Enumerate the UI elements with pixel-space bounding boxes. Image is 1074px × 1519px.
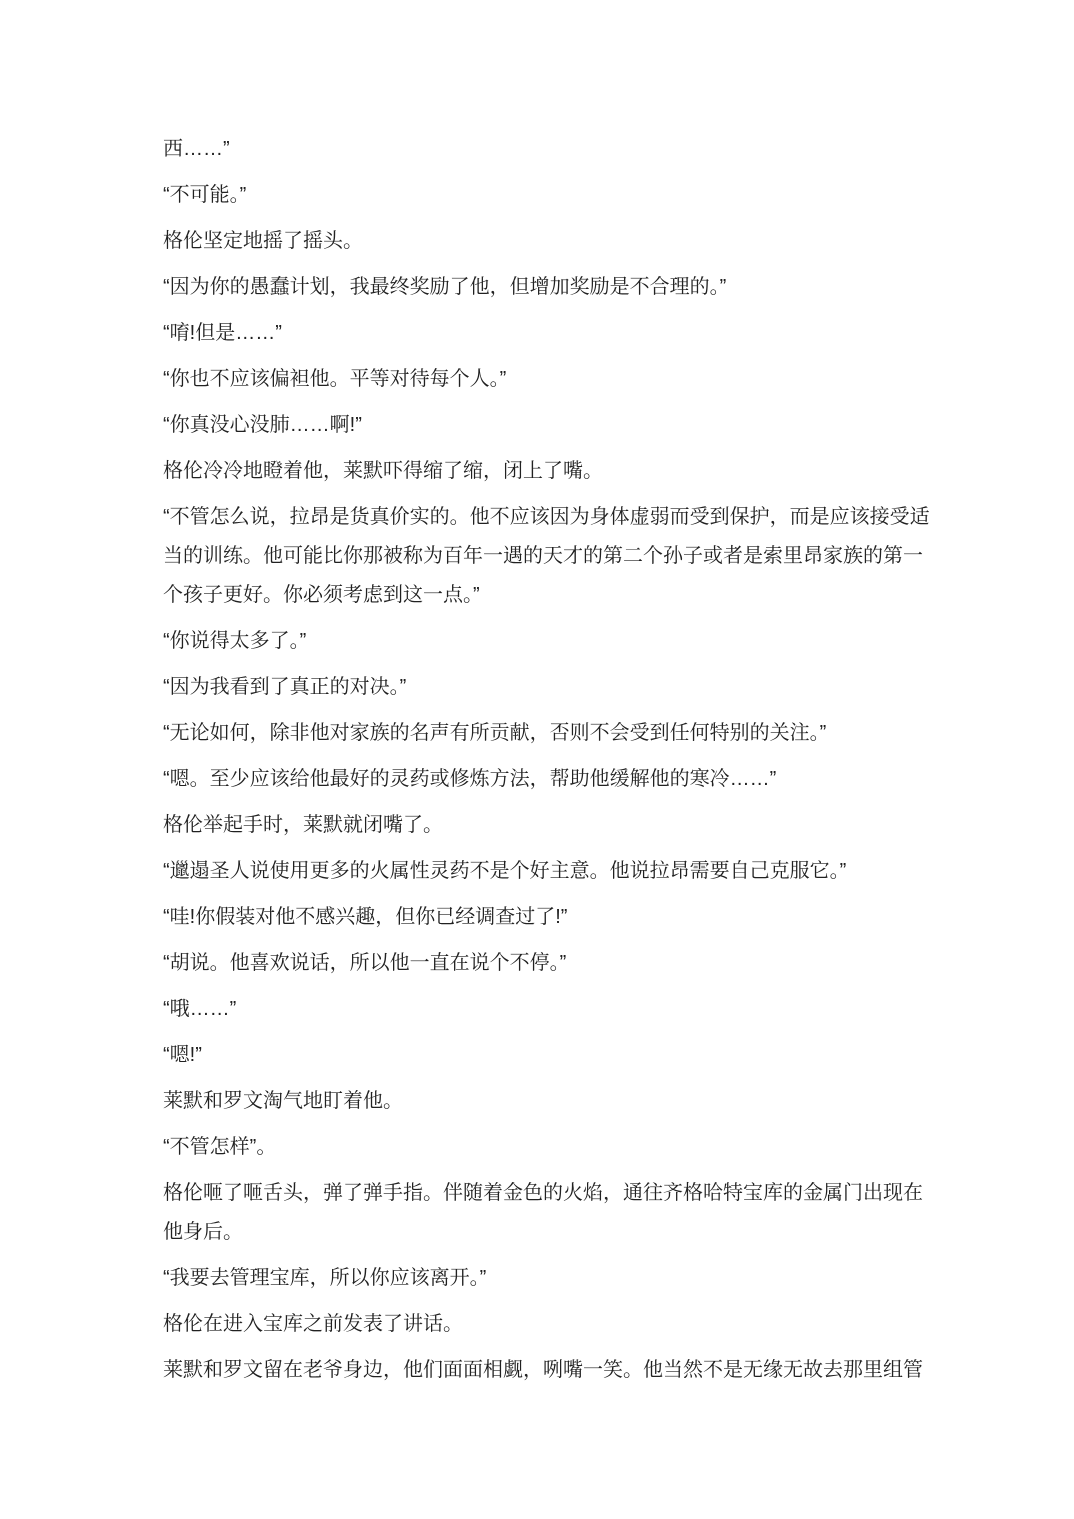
paragraph: “哇!你假装对他不感兴趣，但你已经调查过了!” bbox=[163, 898, 935, 937]
paragraph: 莱默和罗文留在老爷身边，他们面面相觑，咧嘴一笑。他当然不是无缘无故去那里组管 bbox=[163, 1351, 935, 1390]
paragraph: “你也不应该偏袒他。平等对待每个人。” bbox=[163, 360, 935, 399]
paragraph: “你真没心没肺……啊!” bbox=[163, 406, 935, 445]
paragraph: “哦……” bbox=[163, 990, 935, 1029]
paragraph: 格伦冷冷地瞪着他，莱默吓得缩了缩，闭上了嘴。 bbox=[163, 452, 935, 491]
paragraph: “不管怎样”。 bbox=[163, 1128, 935, 1167]
paragraph: 格伦举起手时，莱默就闭嘴了。 bbox=[163, 806, 935, 845]
paragraph: 格伦咂了咂舌头，弹了弹手指。伴随着金色的火焰，通往齐格哈特宝库的金属门出现在他身… bbox=[163, 1174, 935, 1252]
document-page: 西……”“不可能。”格伦坚定地摇了摇头。“因为你的愚蠢计划，我最终奖励了他，但增… bbox=[0, 0, 1074, 1519]
paragraph: 格伦坚定地摇了摇头。 bbox=[163, 222, 935, 261]
text-column: 西……”“不可能。”格伦坚定地摇了摇头。“因为你的愚蠢计划，我最终奖励了他，但增… bbox=[163, 130, 935, 1390]
paragraph: “你说得太多了。” bbox=[163, 622, 935, 661]
paragraph: “不可能。” bbox=[163, 176, 935, 215]
paragraph: “嗯。至少应该给他最好的灵药或修炼方法，帮助他缓解他的寒冷……” bbox=[163, 760, 935, 799]
paragraph: “嗯!” bbox=[163, 1036, 935, 1075]
paragraph: 西……” bbox=[163, 130, 935, 169]
paragraph: “无论如何，除非他对家族的名声有所贡献，否则不会受到任何特别的关注。” bbox=[163, 714, 935, 753]
paragraph: “胡说。他喜欢说话，所以他一直在说个不停。” bbox=[163, 944, 935, 983]
paragraph: “不管怎么说，拉昂是货真价实的。他不应该因为身体虚弱而受到保护，而是应该接受适当… bbox=[163, 498, 935, 615]
paragraph: “唷!但是……” bbox=[163, 314, 935, 353]
paragraph: 格伦在进入宝库之前发表了讲话。 bbox=[163, 1305, 935, 1344]
paragraph: “因为我看到了真正的对决。” bbox=[163, 668, 935, 707]
paragraph: “因为你的愚蠢计划，我最终奖励了他，但增加奖励是不合理的。” bbox=[163, 268, 935, 307]
paragraph: “我要去管理宝库，所以你应该离开。” bbox=[163, 1259, 935, 1298]
paragraph: “邋遢圣人说使用更多的火属性灵药不是个好主意。他说拉昂需要自己克服它。” bbox=[163, 852, 935, 891]
paragraph: 莱默和罗文淘气地盯着他。 bbox=[163, 1082, 935, 1121]
